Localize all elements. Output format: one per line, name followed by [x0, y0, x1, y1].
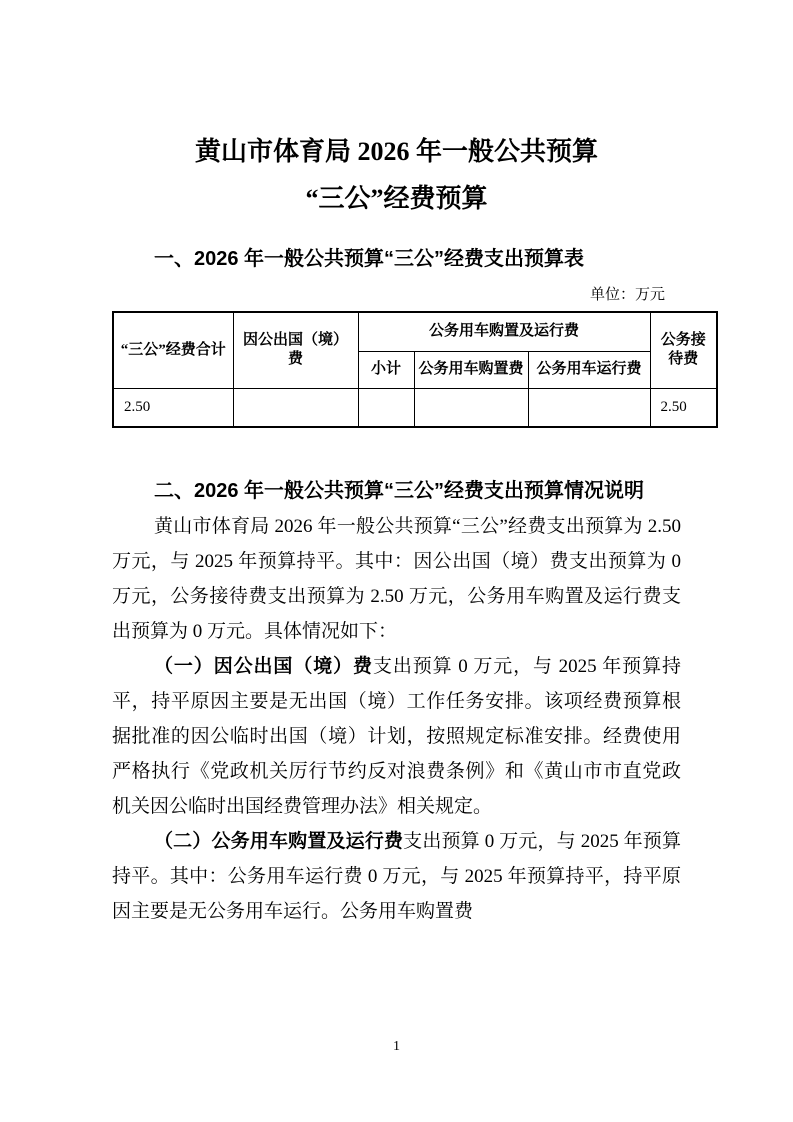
sangong-budget-table: “三公”经费合计 因公出国（境）费 公务用车购置及运行费 公务接待费 小计 公务… — [112, 311, 718, 428]
document-title-line1: 黄山市体育局 2026 年一般公共预算 — [0, 128, 793, 175]
value-abroad — [233, 388, 358, 427]
value-reception: 2.50 — [650, 388, 717, 427]
header-vehicle-subtotal: 小计 — [358, 351, 414, 388]
document-title: 黄山市体育局 2026 年一般公共预算 “三公”经费预算 — [0, 0, 793, 222]
header-vehicle-operation: 公务用车运行费 — [528, 351, 650, 388]
item-one-paragraph: （一）因公出国（境）费支出预算 0 万元，与 2025 年预算持平，持平原因主要… — [112, 649, 681, 824]
section-two-heading: 二、2026 年一般公共预算“三公”经费支出预算情况说明 — [112, 474, 681, 509]
section-one-heading: 一、2026 年一般公共预算“三公”经费支出预算表 — [112, 242, 681, 277]
item-two-lead: （二）公务用车购置及运行费 — [154, 831, 403, 852]
header-vehicle-group: 公务用车购置及运行费 — [358, 312, 650, 351]
item-two-paragraph: （二）公务用车购置及运行费支出预算 0 万元，与 2025 年预算持平。其中：公… — [112, 824, 681, 929]
header-vehicle-purchase: 公务用车购置费 — [414, 351, 528, 388]
value-vehicle-purchase — [414, 388, 528, 427]
intro-paragraph: 黄山市体育局 2026 年一般公共预算“三公”经费支出预算为 2.50 万元，与… — [112, 509, 681, 649]
table-header-row-1: “三公”经费合计 因公出国（境）费 公务用车购置及运行费 公务接待费 — [113, 312, 717, 351]
item-one-lead: （一）因公出国（境）费 — [154, 656, 373, 677]
item-one-body: 支出预算 0 万元，与 2025 年预算持平，持平原因主要是无出国（境）工作任务… — [112, 656, 681, 817]
value-total: 2.50 — [113, 388, 233, 427]
header-abroad: 因公出国（境）费 — [233, 312, 358, 388]
value-vehicle-operation — [528, 388, 650, 427]
table-data-row: 2.50 2.50 — [113, 388, 717, 427]
document-content: 一、2026 年一般公共预算“三公”经费支出预算表 单位：万元 “三公”经费合计… — [112, 242, 681, 929]
header-total: “三公”经费合计 — [113, 312, 233, 388]
document-page: 黄山市体育局 2026 年一般公共预算 “三公”经费预算 一、2026 年一般公… — [0, 0, 793, 1122]
unit-note: 单位：万元 — [112, 285, 681, 305]
page-number: 1 — [0, 1038, 793, 1056]
value-vehicle-subtotal — [358, 388, 414, 427]
header-reception: 公务接待费 — [650, 312, 717, 388]
document-title-line2: “三公”经费预算 — [0, 175, 793, 222]
